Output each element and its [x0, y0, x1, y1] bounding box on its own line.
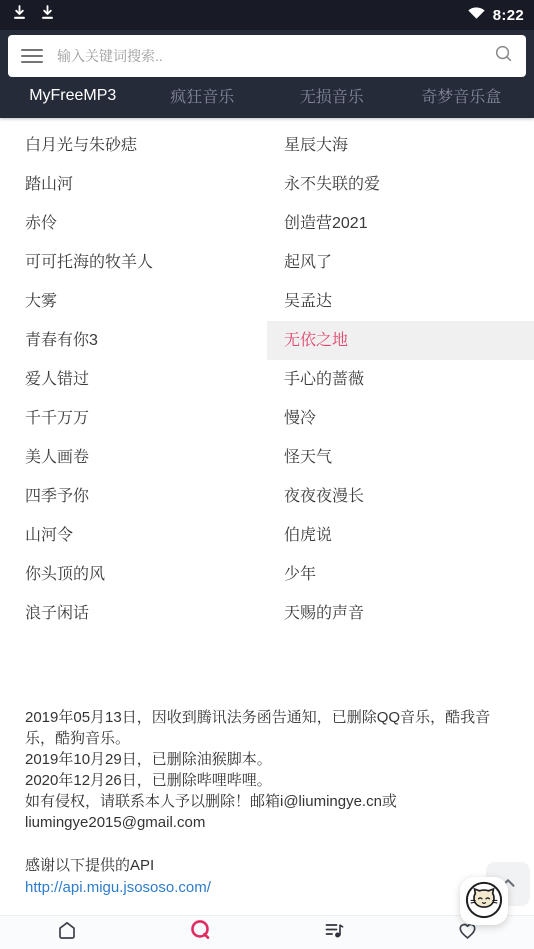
search-input[interactable] [55, 47, 482, 65]
playlist-music-icon [322, 918, 346, 947]
tab-0[interactable]: MyFreeMP3 [8, 87, 138, 109]
notice-line: 2019年05月13日，因收到腾讯法务函告通知，已删除QQ音乐，酷我音乐，酷狗音… [25, 707, 512, 749]
status-system-icons: 8:22 [467, 5, 524, 25]
hot-search-item[interactable]: 山河令 [0, 516, 267, 555]
notice-line: 如有侵权，请联系本人予以删除！邮箱i@liumingye.cn或liumingy… [25, 791, 512, 833]
hot-search-item[interactable]: 赤伶 [0, 204, 267, 243]
search-bar[interactable] [8, 35, 526, 77]
cat-avatar-button[interactable] [460, 877, 508, 925]
tab-3[interactable]: 奇梦音乐盒 [397, 84, 527, 111]
hot-search-item[interactable]: 美人画卷 [0, 438, 267, 477]
api-credits-title: 感谢以下提供的API [25, 855, 509, 876]
hamburger-menu-icon[interactable] [21, 49, 43, 63]
hot-search-item[interactable]: 无依之地 [267, 321, 534, 360]
status-time: 8:22 [493, 7, 524, 24]
hot-search-item[interactable]: 四季予你 [0, 477, 267, 516]
hot-search-item[interactable]: 大雾 [0, 282, 267, 321]
hot-search-item[interactable]: 你头顶的风 [0, 555, 267, 594]
hot-search-item[interactable]: 少年 [267, 555, 534, 594]
api-credits: 感谢以下提供的API http://api.migu.jsososo.com/ [0, 855, 534, 898]
api-link[interactable]: http://api.migu.jsososo.com/ [25, 877, 211, 898]
hot-search-item[interactable]: 千千万万 [0, 399, 267, 438]
hot-search-item[interactable]: 踏山河 [0, 165, 267, 204]
notice-line: 2019年10月29日，已删除油猴脚本。 [25, 749, 512, 770]
hot-search-item[interactable]: 夜夜夜漫长 [267, 477, 534, 516]
hot-search-item[interactable]: 伯虎说 [267, 516, 534, 555]
hot-search-item[interactable]: 可可托海的牧羊人 [0, 243, 267, 282]
screen: 8:22 MyFreeMP3疯狂音乐无损音乐奇梦音乐盒 白月光与朱砂痣踏山河赤伶… [0, 0, 534, 949]
hot-search-item[interactable]: 永不失联的爱 [267, 165, 534, 204]
hot-search-item[interactable]: 爱人错过 [0, 360, 267, 399]
download-icon [12, 5, 27, 25]
hot-search-item[interactable]: 慢冷 [267, 399, 534, 438]
hot-search-item[interactable]: 吴孟达 [267, 282, 534, 321]
hot-search-item[interactable]: 浪子闲话 [0, 594, 267, 633]
hot-search-item[interactable]: 创造营2021 [267, 204, 534, 243]
download-icon [40, 5, 55, 25]
status-bar: 8:22 [0, 0, 534, 30]
tab-2[interactable]: 无损音乐 [267, 84, 397, 111]
status-notification-icons [10, 5, 55, 25]
app-header: MyFreeMP3疯狂音乐无损音乐奇梦音乐盒 [0, 30, 534, 118]
nav-playlist-button[interactable] [267, 916, 401, 949]
bottom-nav [0, 915, 534, 949]
hot-search-item[interactable]: 手心的蔷薇 [267, 360, 534, 399]
nav-search-button[interactable] [134, 916, 268, 949]
hot-search-item[interactable]: 星辰大海 [267, 126, 534, 165]
hot-column-right: 星辰大海永不失联的爱创造营2021起风了吴孟达无依之地手心的蔷薇慢冷怪天气夜夜夜… [267, 126, 534, 633]
search-icon[interactable] [494, 44, 513, 68]
search-q-icon [188, 918, 213, 948]
hot-search-item[interactable]: 天赐的声音 [267, 594, 534, 633]
wifi-icon [467, 5, 486, 25]
tab-bar: MyFreeMP3疯狂音乐无损音乐奇梦音乐盒 [8, 77, 526, 118]
home-icon [55, 918, 79, 947]
cat-face-icon [464, 880, 504, 923]
notice-line: 2020年12月26日，已删除哔哩哔哩。 [25, 770, 512, 791]
hot-search-item[interactable]: 怪天气 [267, 438, 534, 477]
tab-1[interactable]: 疯狂音乐 [138, 84, 268, 111]
hot-search-item[interactable]: 白月光与朱砂痣 [0, 126, 267, 165]
hot-search-list: 白月光与朱砂痣踏山河赤伶可可托海的牧羊人大雾青春有你3爱人错过千千万万美人画卷四… [0, 118, 534, 633]
hot-column-left: 白月光与朱砂痣踏山河赤伶可可托海的牧羊人大雾青春有你3爱人错过千千万万美人画卷四… [0, 126, 267, 633]
notice-text: 2019年05月13日，因收到腾讯法务函告通知，已删除QQ音乐，酷我音乐，酷狗音… [0, 707, 534, 833]
nav-home-button[interactable] [0, 916, 134, 949]
hot-search-item[interactable]: 起风了 [267, 243, 534, 282]
hot-search-item[interactable]: 青春有你3 [0, 321, 267, 360]
